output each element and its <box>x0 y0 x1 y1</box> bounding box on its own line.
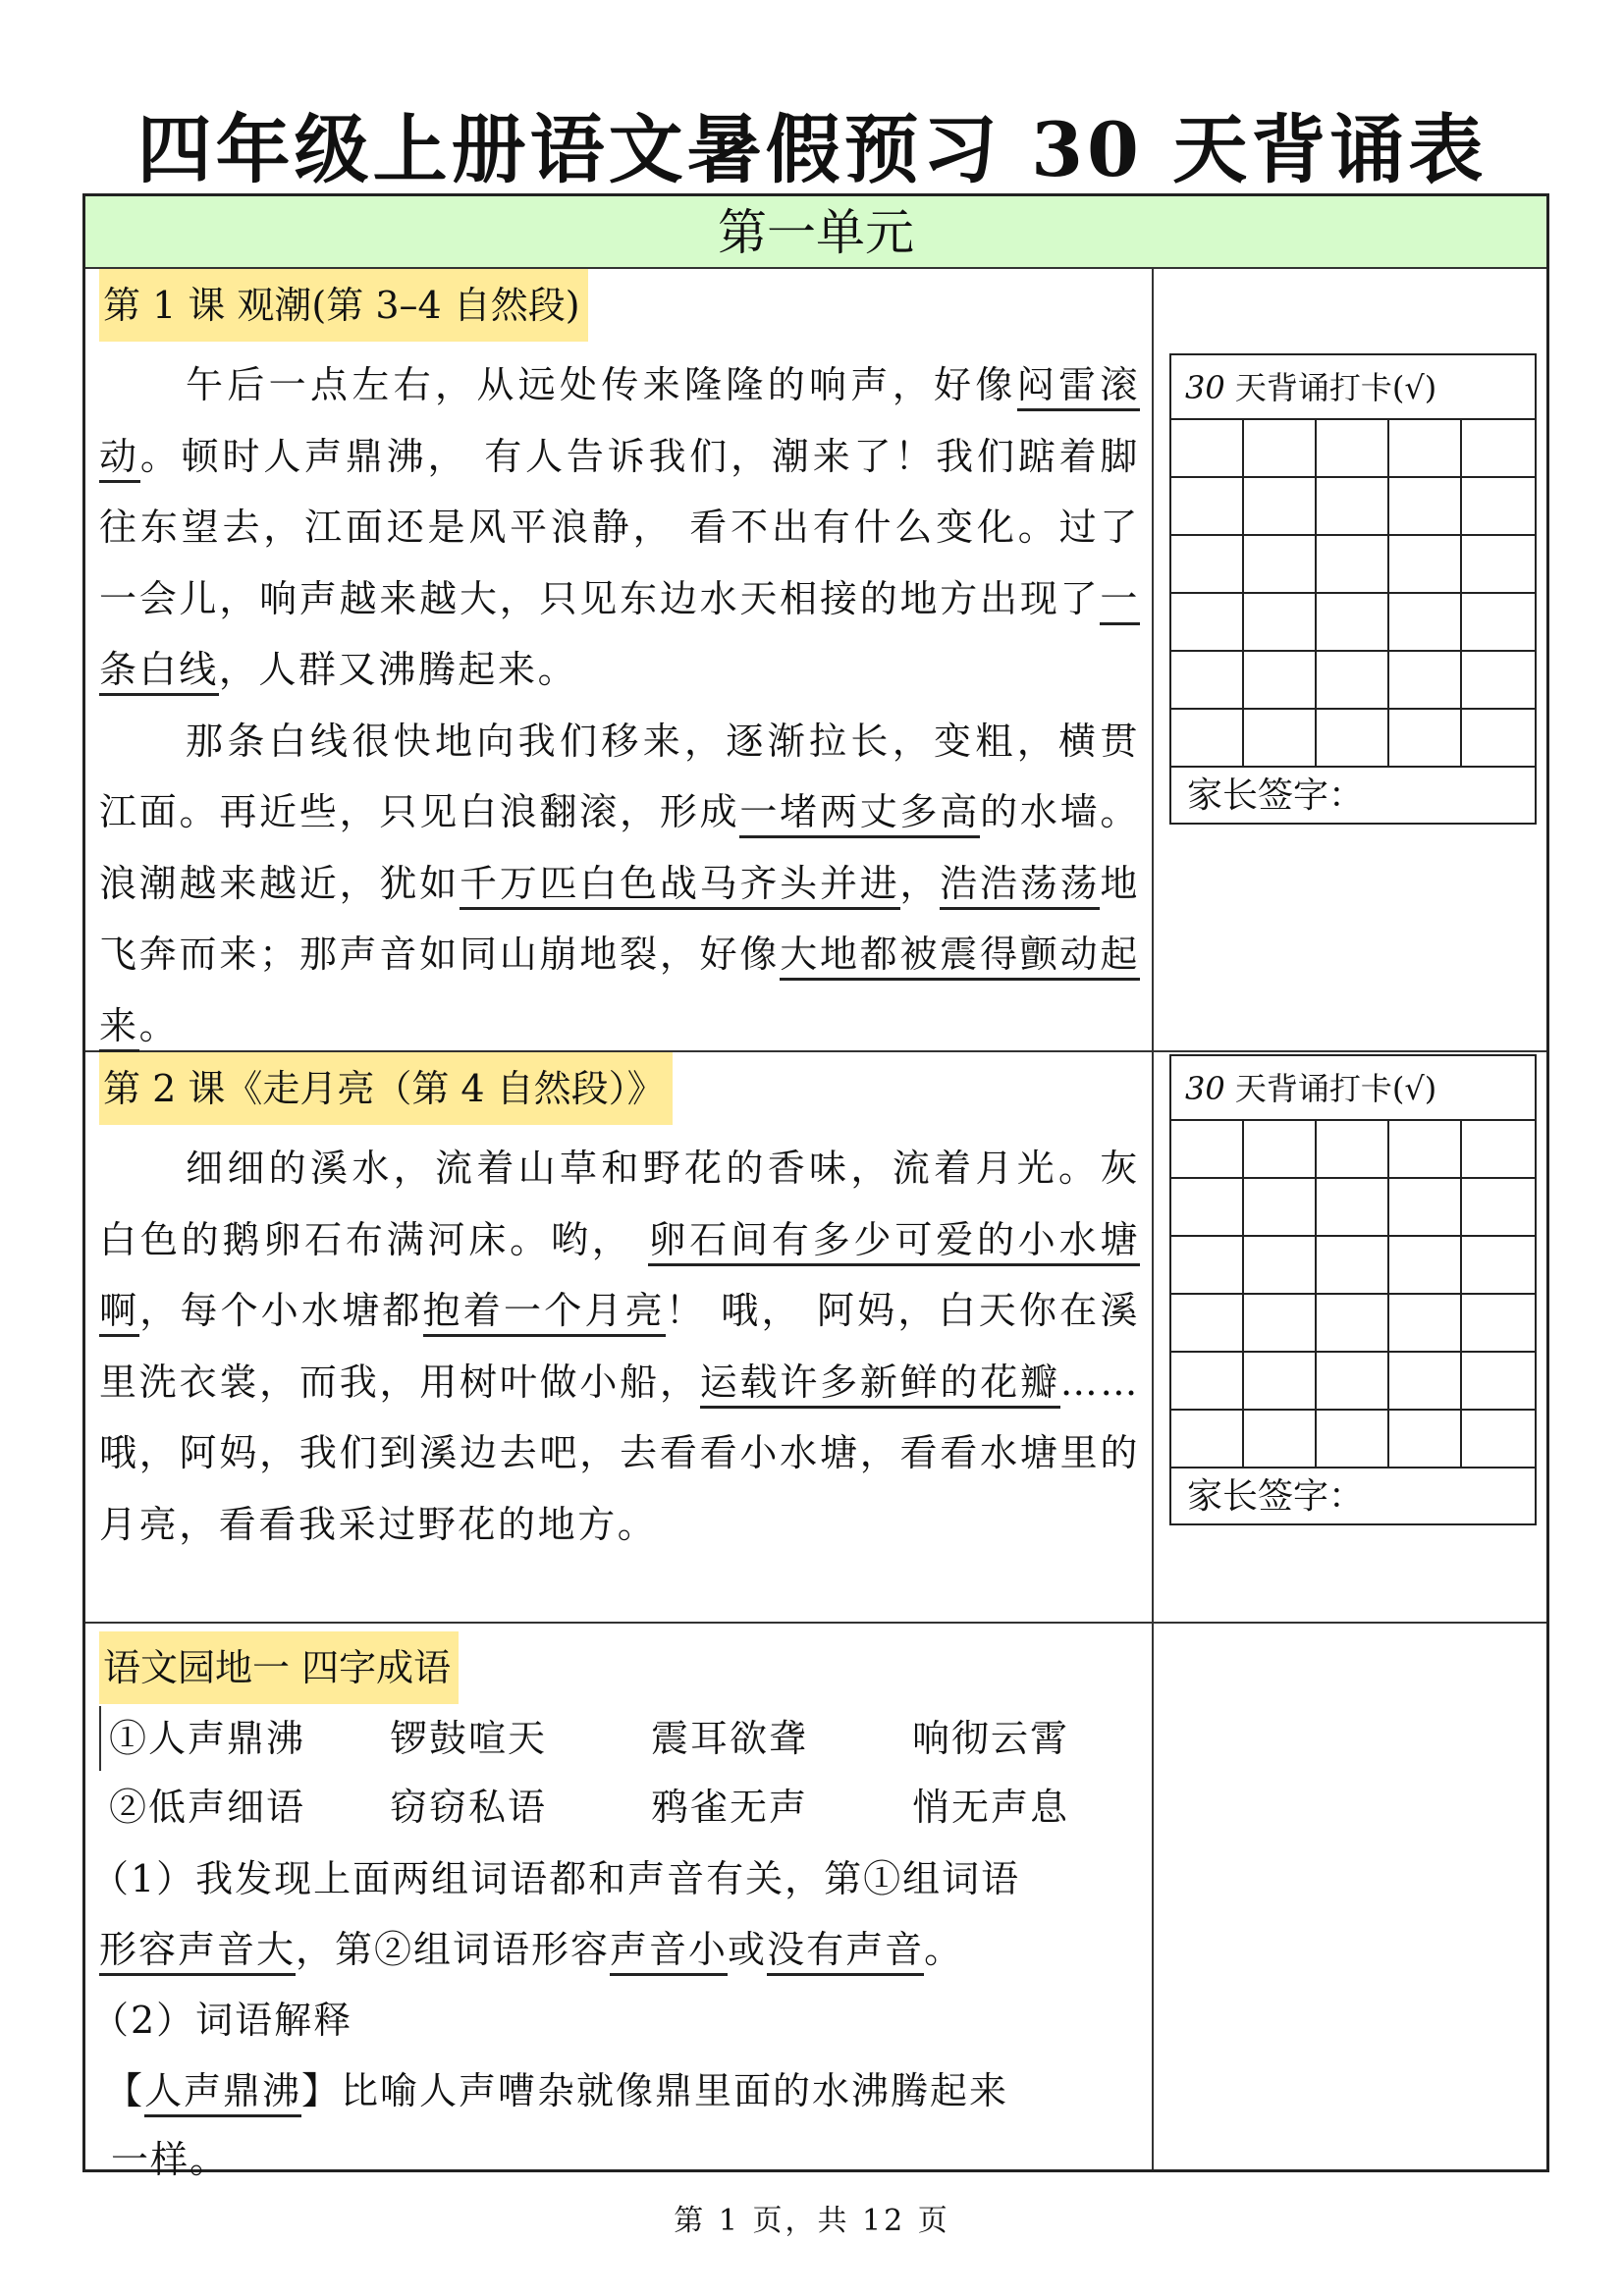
idiom: ①人声鼎沸 <box>109 1704 305 1773</box>
checkin-cell[interactable] <box>1171 1237 1244 1295</box>
checkin-cell[interactable] <box>1317 652 1389 710</box>
idiom: 鸦雀无声 <box>651 1773 808 1842</box>
unit-header: 第一单元 <box>85 196 1546 269</box>
garden-title: 语文园地一 四字成语 <box>99 1631 459 1704</box>
idiom-group-2: ②低声细语 窃窃私语 鸦雀无声 悄无声息 <box>99 1773 1140 1842</box>
checkin-cell[interactable] <box>1171 594 1244 652</box>
checkin-cell[interactable] <box>1317 1353 1389 1411</box>
idiom-group-1: ①人声鼎沸 锣鼓喧天 震耳欲聋 响彻云霄 <box>99 1704 1140 1773</box>
checkin-cell[interactable] <box>1171 710 1244 768</box>
underlined-text: 抱着一个月亮 <box>423 1289 666 1337</box>
recitation-table: 第一单元 第 1 课 观潮(第 3–4 自然段) 午后一点左右，从远处传来隆隆的… <box>82 193 1549 2172</box>
garden-row: 语文园地一 四字成语 ①人声鼎沸 锣鼓喧天 震耳欲聋 响彻云霄 ②低声细语 窃窃… <box>85 1624 1546 2169</box>
idiom: 锣鼓喧天 <box>390 1704 547 1773</box>
checkin-cell[interactable] <box>1462 1121 1535 1179</box>
checkin-cell[interactable] <box>1317 536 1389 594</box>
checkin-grid <box>1171 1121 1535 1468</box>
idiom: ②低声细语 <box>109 1773 305 1842</box>
question-2: （2）词语解释 <box>91 1985 352 2056</box>
checkin-cell[interactable] <box>1389 1411 1462 1468</box>
checkin-cell[interactable] <box>1244 1237 1317 1295</box>
checkin-cell[interactable] <box>1462 478 1535 536</box>
idiom: 悄无声息 <box>912 1773 1069 1842</box>
text-segment: ，每个小水塘都 <box>139 1289 422 1332</box>
text-segment: ， <box>900 862 941 905</box>
question-1-line-1: （1）我发现上面两组词语都和声音有关，第①组词语 <box>91 1843 1020 1914</box>
checkin-cell[interactable] <box>1389 478 1462 536</box>
paragraph: 午后一点左右，从远处传来隆隆的响声，好像闷雷滚动。顿时人声鼎沸， 有人告诉我们，… <box>99 349 1140 706</box>
paragraph: 细细的溪水，流着山草和野花的香味，流着月光。灰白色的鹅卵石布满河床。哟， 卵石间… <box>99 1133 1140 1560</box>
checkin-cell[interactable] <box>1244 536 1317 594</box>
checkin-cell[interactable] <box>1317 710 1389 768</box>
text-segment: 或 <box>728 1928 767 1971</box>
text-segment: 。 <box>139 1004 180 1047</box>
underlined-text: 人声鼎沸 <box>144 2069 301 2117</box>
text-segment: ，人群又沸腾起来。 <box>219 648 577 691</box>
checkin-cell[interactable] <box>1462 594 1535 652</box>
checkin-header: 30 天背诵打卡(√) <box>1171 1056 1535 1121</box>
underlined-text: 一堵两丈多高 <box>739 790 980 838</box>
lesson-content: 第 2 课《走月亮（第 4 自然段）》 细细的溪水，流着山草和野花的香味，流着月… <box>85 1052 1154 1622</box>
question-1-line-2: 形容声音大，第②组词语形容声音小或没有声音。 <box>99 1914 963 1985</box>
checkin-cell[interactable] <box>1462 652 1535 710</box>
checkin-cell[interactable] <box>1462 1411 1535 1468</box>
text-segment: ，第②组词语形容 <box>296 1928 610 1971</box>
checkin-cell[interactable] <box>1389 420 1462 478</box>
checkin-cell[interactable] <box>1244 1353 1317 1411</box>
checkin-cell[interactable] <box>1171 1295 1244 1353</box>
checkin-header: 30 天背诵打卡(√) <box>1171 355 1535 420</box>
checkin-cell[interactable] <box>1317 1179 1389 1237</box>
checkin-cell[interactable] <box>1462 420 1535 478</box>
garden-content: 语文园地一 四字成语 ①人声鼎沸 锣鼓喧天 震耳欲聋 响彻云霄 ②低声细语 窃窃… <box>85 1624 1154 2169</box>
checkin-cell[interactable] <box>1462 536 1535 594</box>
checkin-cell[interactable] <box>1244 1121 1317 1179</box>
underlined-text: 千万匹白色战马齐头并进 <box>460 862 900 910</box>
text-segment: 午后一点左右，从远处传来隆隆的响声，好像 <box>186 363 1017 406</box>
checkin-cell[interactable] <box>1244 710 1317 768</box>
checkin-cell[interactable] <box>1389 1237 1462 1295</box>
checkin-cell[interactable] <box>1244 1411 1317 1468</box>
checkin-cell[interactable] <box>1317 1411 1389 1468</box>
checkin-cell[interactable] <box>1244 1179 1317 1237</box>
page-title: 四年级上册语文暑假预习 30 天背诵表 <box>0 106 1624 194</box>
lesson-row-1: 第 1 课 观潮(第 3–4 自然段) 午后一点左右，从远处传来隆隆的响声，好像… <box>85 269 1546 1052</box>
idiom: 响彻云霄 <box>912 1704 1069 1773</box>
checkin-cell[interactable] <box>1389 1121 1462 1179</box>
checkin-cell[interactable] <box>1244 420 1317 478</box>
checkin-column: 30 天背诵打卡(√) 家长签字： <box>1154 1052 1546 1622</box>
checkin-card: 30 天背诵打卡(√) 家长签字： <box>1169 1054 1537 1525</box>
lesson-row-2: 第 2 课《走月亮（第 4 自然段）》 细细的溪水，流着山草和野花的香味，流着月… <box>85 1052 1546 1624</box>
checkin-cell[interactable] <box>1389 652 1462 710</box>
checkin-cell[interactable] <box>1389 594 1462 652</box>
passage: 细细的溪水，流着山草和野花的香味，流着月光。灰白色的鹅卵石布满河床。哟， 卵石间… <box>99 1133 1140 1560</box>
lesson-title: 第 2 课《走月亮（第 4 自然段）》 <box>99 1052 673 1125</box>
parent-signature-field[interactable]: 家长签字： <box>1171 768 1535 823</box>
checkin-cell[interactable] <box>1462 1237 1535 1295</box>
page-footer: 第 1 页，共 12 页 <box>0 2202 1624 2241</box>
checkin-cell[interactable] <box>1389 1295 1462 1353</box>
paragraph: 那条白线很快地向我们移来，逐渐拉长，变粗，横贯江面。再近些，只见白浪翻滚，形成一… <box>99 706 1140 1062</box>
underlined-text: 没有声音 <box>767 1928 924 1976</box>
checkin-cell[interactable] <box>1317 1237 1389 1295</box>
lesson-title: 第 1 课 观潮(第 3–4 自然段) <box>99 269 588 342</box>
checkin-cell[interactable] <box>1462 710 1535 768</box>
checkin-cell[interactable] <box>1462 1295 1535 1353</box>
checkin-cell[interactable] <box>1317 478 1389 536</box>
checkin-cell[interactable] <box>1244 594 1317 652</box>
checkin-cell[interactable] <box>1244 1295 1317 1353</box>
passage: 午后一点左右，从远处传来隆隆的响声，好像闷雷滚动。顿时人声鼎沸， 有人告诉我们，… <box>99 349 1140 1061</box>
lesson-content: 第 1 课 观潮(第 3–4 自然段) 午后一点左右，从远处传来隆隆的响声，好像… <box>85 269 1154 1050</box>
checkin-cell[interactable] <box>1462 1353 1535 1411</box>
empty-column <box>1154 1624 1546 2169</box>
checkin-cell[interactable] <box>1462 1179 1535 1237</box>
checkin-cell[interactable] <box>1171 1179 1244 1237</box>
checkin-cell[interactable] <box>1317 420 1389 478</box>
checkin-cell[interactable] <box>1171 1353 1244 1411</box>
checkin-cell[interactable] <box>1317 594 1389 652</box>
checkin-cell[interactable] <box>1244 652 1317 710</box>
checkin-cell[interactable] <box>1171 536 1244 594</box>
checkin-cell[interactable] <box>1171 1411 1244 1468</box>
text-segment: 】比喻人声嘈杂就像鼎里面的水沸腾起来 <box>301 2069 1008 2112</box>
definition-line-2: 一样。 <box>111 2124 229 2195</box>
checkin-grid <box>1171 420 1535 768</box>
checkin-cell[interactable] <box>1171 1121 1244 1179</box>
checkin-cell[interactable] <box>1317 1121 1389 1179</box>
checkin-cell[interactable] <box>1389 1179 1462 1237</box>
checkin-cell[interactable] <box>1317 1295 1389 1353</box>
text-segment: 。 <box>924 1928 963 1971</box>
checkin-cell[interactable] <box>1171 420 1244 478</box>
idiom: 震耳欲聋 <box>651 1704 808 1773</box>
checkin-cell[interactable] <box>1389 536 1462 594</box>
checkin-cell[interactable] <box>1244 478 1317 536</box>
checkin-card: 30 天背诵打卡(√) 家长签字： <box>1169 353 1537 825</box>
checkin-cell[interactable] <box>1389 710 1462 768</box>
checkin-cell[interactable] <box>1171 652 1244 710</box>
underlined-text: 形容声音大 <box>99 1928 296 1976</box>
underlined-text: 运载许多新鲜的花瓣 <box>700 1361 1060 1409</box>
underlined-text: 浩浩荡荡 <box>940 862 1100 910</box>
text-segment: 【 <box>105 2069 144 2112</box>
underlined-text: 声音小 <box>610 1928 728 1976</box>
text-segment: 。顿时人声鼎沸， 有人告诉我们，潮来了！我们踮着脚往东望去，江面还是风平浪静， … <box>99 435 1140 620</box>
idiom: 窃窃私语 <box>390 1773 547 1842</box>
checkin-cell[interactable] <box>1389 1353 1462 1411</box>
checkin-cell[interactable] <box>1171 478 1244 536</box>
definition-line-1: 【人声鼎沸】比喻人声嘈杂就像鼎里面的水沸腾起来 <box>105 2056 1008 2126</box>
parent-signature-field[interactable]: 家长签字： <box>1171 1468 1535 1523</box>
checkin-column: 30 天背诵打卡(√) 家长签字： <box>1154 269 1546 1050</box>
